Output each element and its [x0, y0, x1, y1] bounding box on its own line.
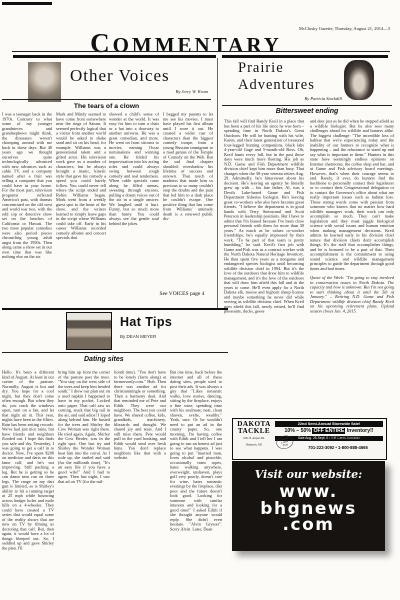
masthead-rule	[12, 51, 390, 52]
prairie-column-2-text: and deer just as he did when he stepped …	[310, 119, 394, 271]
prairie-column-2: and deer just as he did when he stepped …	[310, 119, 394, 417]
author-photo-patricia-stockdill	[344, 60, 374, 100]
hat-tips-byline-wrap: By DEAN MEYER	[120, 334, 210, 343]
bhgnews-tagline: Visit our website:	[232, 461, 385, 481]
other-voices-column-4: I begged my parents to let me see his mo…	[163, 112, 213, 289]
prairie-rule	[222, 105, 392, 106]
hat-tips-top-bar	[2, 308, 228, 310]
dakota-tiny-lines: EVERYTHING you need! Lowrance & Hydrowav…	[311, 436, 383, 443]
dakota-tackle-logo: DAKOTA TACKLE 1601 N. Airport Rd. Bismar…	[234, 421, 274, 450]
prairie-column-1: This fall will find Randy Kreil in a pla…	[224, 119, 304, 417]
hat-tips-byline: By DEAN MEYER	[120, 334, 210, 339]
hat-tips-column-1: Hello. It's been a different kind of Aug…	[2, 370, 54, 558]
other-voices-title: Other Voices	[70, 66, 170, 86]
hat-tips-column-3: lionth time). "You don't have to be lone…	[114, 370, 166, 558]
bhgnews-website-ad: Visit our website: www. bhgnews .com	[232, 461, 385, 551]
dakota-phone: 701-222-3092 • 1-800-888-4665	[293, 445, 383, 450]
other-voices-rule	[2, 99, 211, 100]
dakota-phone-wrap: 701-222-3092 • 1-800-888-4665	[293, 445, 383, 455]
other-voices-column-3: showed a child's sense of wonder at the …	[109, 112, 159, 302]
other-voices-byline-wrap: By Jerry W. Kram	[110, 89, 208, 98]
hat-tips-headline: Dating sites	[84, 356, 124, 363]
other-voices-headline: The tears of a clown	[0, 103, 213, 110]
other-voices-column-2: Mork and Mindy seemed to have come from …	[56, 112, 106, 302]
dakota-logo-line2: TACKLE	[234, 428, 274, 435]
hat-tips-column-2: bring him up from the corner of the past…	[58, 370, 110, 558]
hat-tips-rule	[2, 352, 228, 353]
prairie-byline-wrap: By Patricia Stockdill	[252, 96, 342, 105]
hat-tips-column-4: But one time, back before the internet a…	[170, 370, 222, 558]
quote-of-the-week: Quote of the Week: "I'm going to stay in…	[310, 276, 394, 314]
page-top-accent-bar	[2, 2, 52, 5]
dakota-sale-block: 22nd Semi-Annual Storewide Sale! 10% – 5…	[275, 421, 383, 441]
other-voices-jump-line: See VOICES page 4	[150, 291, 214, 297]
hat-tips-title: Hat Tips	[120, 315, 172, 329]
dakota-sale-banner: 22nd Semi-Annual Storewide Sale!	[275, 421, 383, 427]
dakota-address-1: 1601 N. Airport Rd.	[234, 437, 274, 440]
dakota-address-2: Bismarck, ND	[234, 443, 274, 446]
left-section-top-bar	[13, 55, 216, 58]
bhgnews-url-com: .com	[232, 517, 385, 534]
author-photo-jerry-kram	[28, 62, 61, 102]
column-divider	[217, 58, 218, 308]
other-voices-byline: By Jerry W. Kram	[110, 89, 208, 94]
right-section-top-bar	[222, 55, 388, 58]
dakota-tackle-ad: DAKOTA TACKLE 1601 N. Airport Rd. Bismar…	[232, 418, 387, 460]
dakota-discount-line: 10% – 50% OFF ENTIRE Inventory!!	[275, 428, 383, 434]
other-voices-column-1: I was a teenager back in the 1970s. Cont…	[2, 112, 52, 302]
author-photo-dean-meyer-frame	[66, 312, 112, 350]
prairie-adventures-headline: Bittersweet ending	[222, 108, 392, 115]
author-photo-dean-meyer	[67, 313, 111, 349]
prairie-adventures-title: Prairie Adventures	[238, 60, 315, 94]
newspaper-page: McClusky Gazette, Thursday, August 21, 2…	[0, 0, 400, 600]
prairie-adventures-byline: By Patricia Stockdill	[252, 96, 342, 101]
